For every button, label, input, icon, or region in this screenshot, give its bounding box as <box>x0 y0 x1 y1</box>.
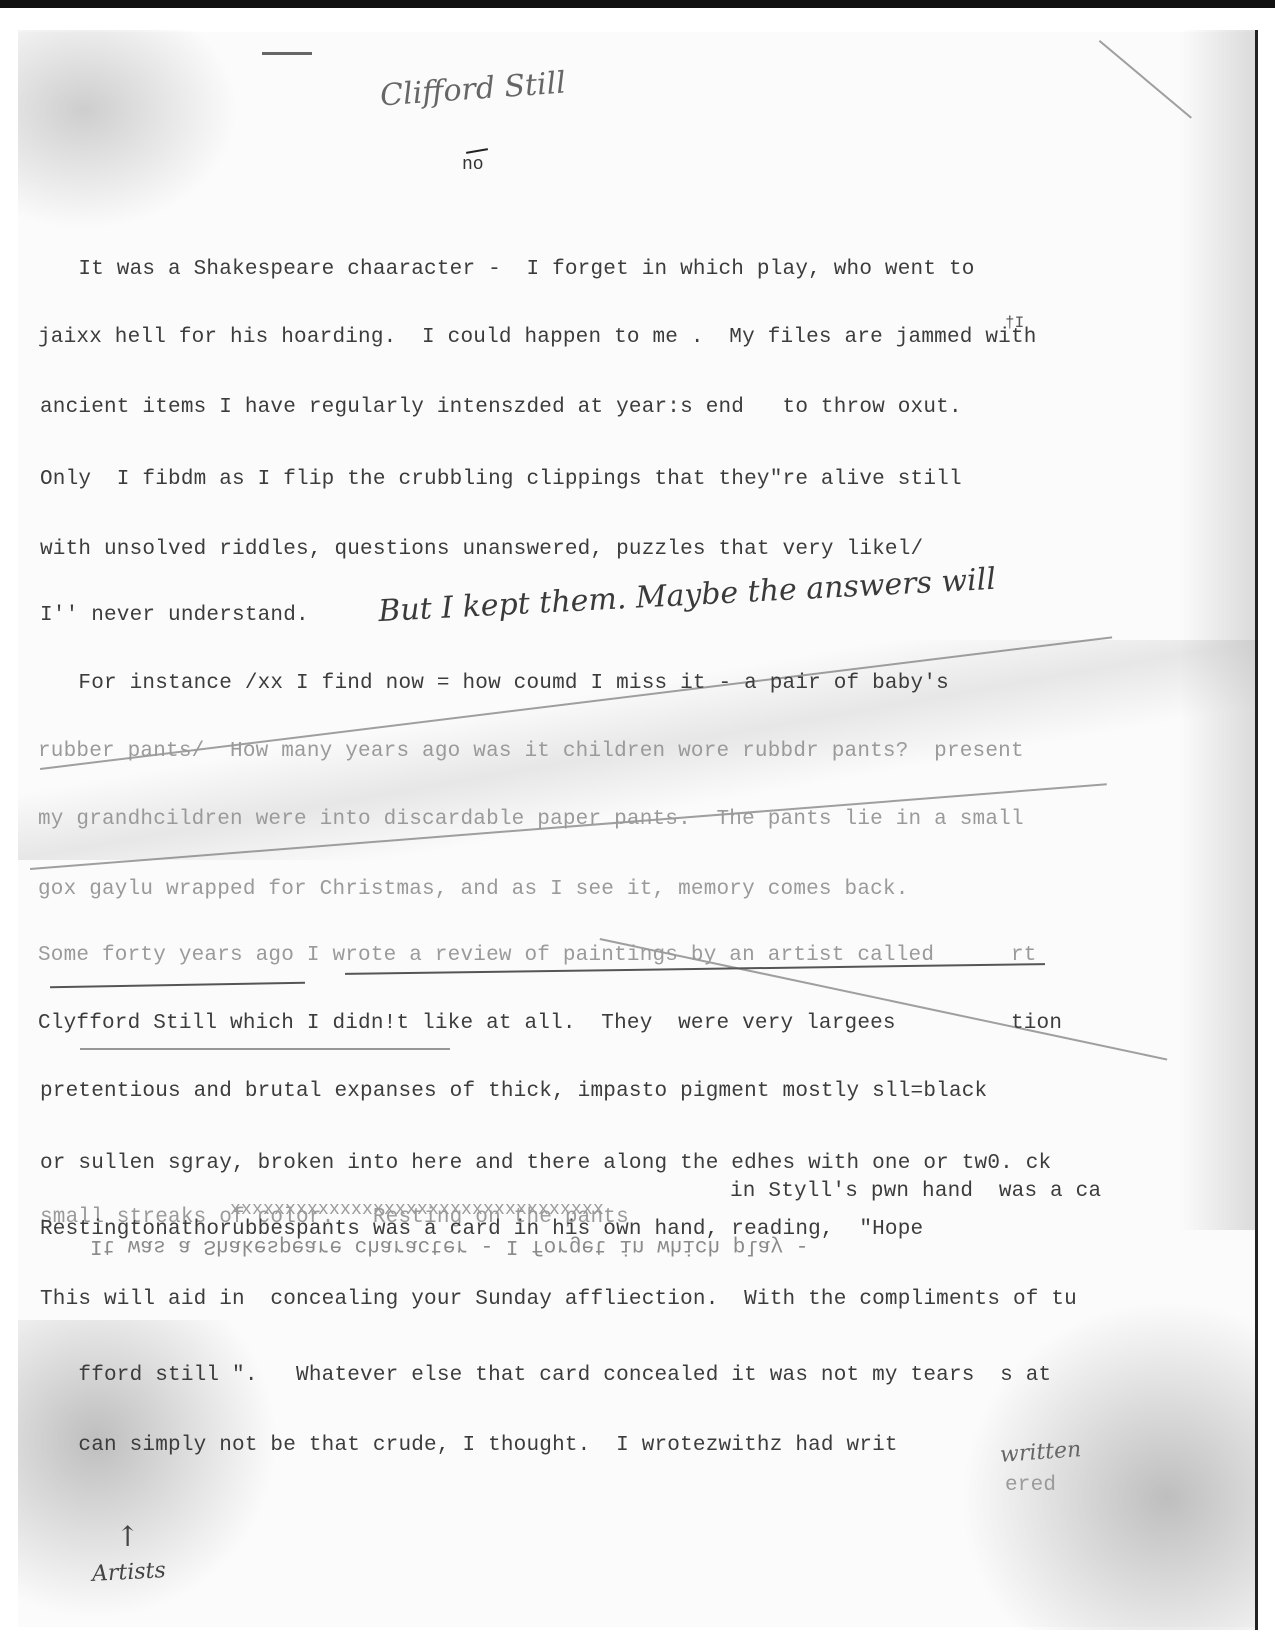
text-line: rubber pants/ How many years ago was it … <box>38 740 1024 763</box>
text-line: ancient items I have regularly intenszde… <box>40 396 962 419</box>
text-line: Only I fibdm as I flip the crubbling cli… <box>40 468 962 491</box>
text-line: jaixx hell for his hoarding. I could hap… <box>38 326 1037 349</box>
text-line: with unsolved riddles, questions unanswe… <box>40 538 923 561</box>
handwritten-underline <box>80 1048 450 1050</box>
text-line: Clyfford Still which I didn!t like at al… <box>38 1012 1062 1035</box>
text-line: gox gaylu wrapped for Christmas, and as … <box>38 878 909 901</box>
text-line: fford still ". Whatever else that card c… <box>40 1364 1051 1387</box>
handwritten-insertion: Artists <box>91 1558 166 1587</box>
text-line: my grandhcildren were into discardable p… <box>38 808 1024 831</box>
text-line: I'' never understand. <box>40 604 309 627</box>
text-line: can simply not be that crude, I thought.… <box>40 1434 898 1457</box>
text-line: in Styll's pwn hand was a ca <box>730 1180 1101 1203</box>
text-line: It was a Shakespeare chaaracter - I forg… <box>40 258 975 281</box>
text-line: This will aid in concealing your Sunday … <box>40 1288 1077 1311</box>
text-line: pretentious and brutal expanses of thick… <box>40 1080 987 1103</box>
bleed-through-text: It was a Shakespeare character - I forge… <box>90 1234 808 1257</box>
paper-edge <box>1255 30 1258 1630</box>
page-marker: no <box>462 155 484 175</box>
text-line: ered <box>1005 1474 1056 1497</box>
text-line: Some forty years ago I wrote a review of… <box>38 944 1037 967</box>
text-line: or sullen sgray, broken into here and th… <box>40 1152 1051 1175</box>
arrow-up-icon: ↑ <box>116 1520 139 1553</box>
header-dash <box>262 52 312 55</box>
struck-out-text: xxxxxxxxxxxxxxxxxxxxxxxxxxxxxxxxxx <box>230 1200 604 1220</box>
text-line: For instance /xx I find now = how coumd … <box>40 672 949 695</box>
scan-top-border <box>0 0 1275 8</box>
